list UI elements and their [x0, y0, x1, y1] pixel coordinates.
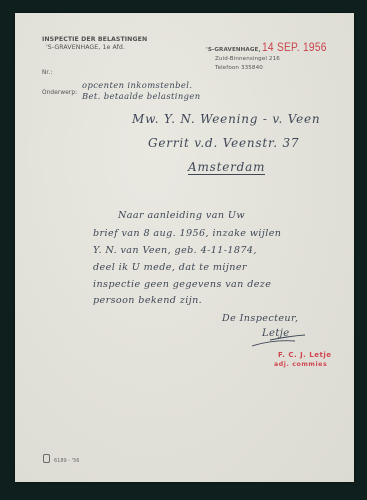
subject-line-1: opcenten inkomstenbel.	[82, 80, 192, 90]
date-stamp: 14 SEP. 1956	[262, 40, 327, 54]
stamp-name: F. C. J. Letje	[278, 351, 331, 359]
letterhead-city: 'S-GRAVENHAGE,	[206, 47, 261, 53]
addressee-city: Amsterdam	[188, 160, 265, 175]
nr-label: Nr.:	[42, 70, 52, 76]
stamp-title: adj. commies	[274, 361, 327, 368]
subject-line-2: Bet. betaalde belastingen	[82, 91, 201, 101]
closing: De Inspecteur,	[222, 313, 298, 324]
addressee-street: Gerrit v.d. Veenstr. 37	[148, 136, 299, 150]
office-location: 'S-GRAVENHAGE, 1e Afd.	[46, 44, 125, 51]
body-line: Naar aanleiding van Uw	[118, 210, 245, 221]
printer-logo-icon	[43, 454, 50, 463]
addressee-name: Mw. Y. N. Weening - v. Veen	[132, 112, 320, 126]
office-name: INSPECTIE DER BELASTINGEN	[42, 36, 147, 43]
form-code: 6189 - '56	[43, 454, 79, 464]
subject-label: Onderwerp:	[42, 90, 77, 96]
body-line: persoon bekend zijn.	[93, 295, 202, 306]
body-line: deel ik U mede, dat te mijner	[93, 262, 247, 273]
body-line: inspectie geen gegevens van deze	[93, 279, 271, 290]
body-line: Y. N. van Veen, geb. 4-11-1874,	[93, 245, 257, 256]
body-line: brief van 8 aug. 1956, inzake wijlen	[93, 228, 281, 239]
letterhead-phone: Telefoon 335840	[215, 65, 263, 71]
form-code-text: 6189 - '56	[54, 458, 79, 464]
signature-flourish	[250, 332, 310, 348]
letterhead-street: Zuid-Binnensingel 216	[215, 56, 280, 62]
